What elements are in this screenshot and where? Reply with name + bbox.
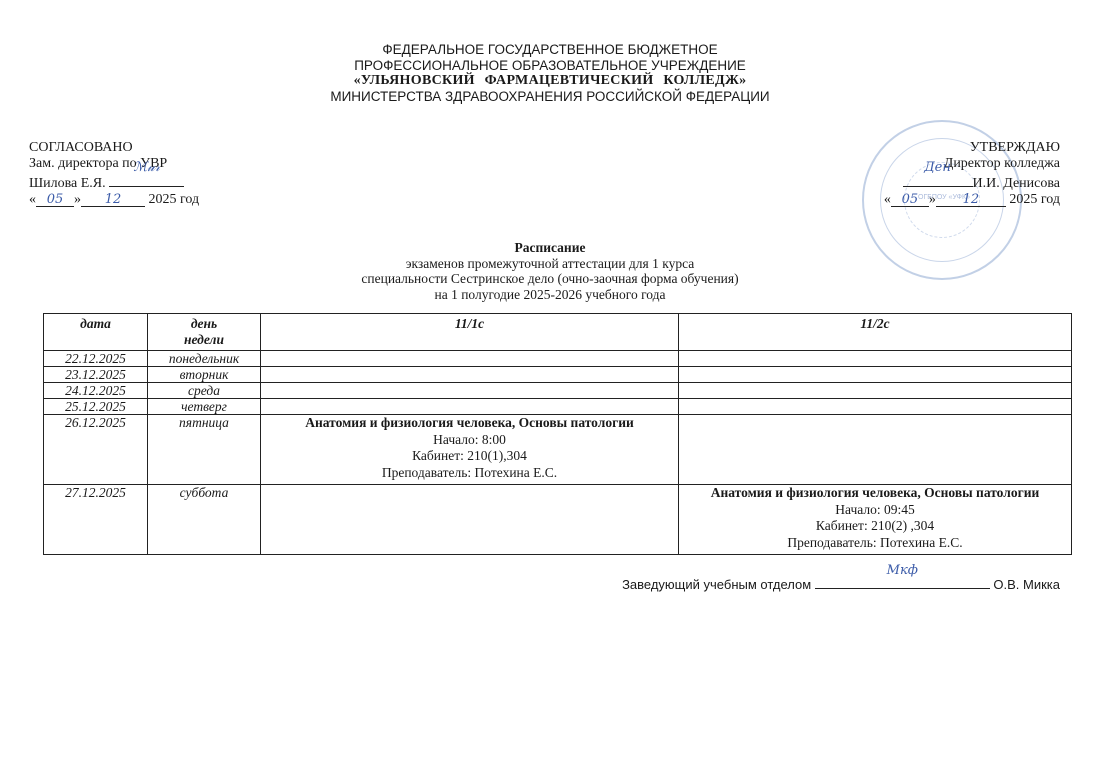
schedule-heading: Расписание: [0, 240, 1100, 256]
approved-day-field: 05: [891, 192, 929, 207]
day-cell: среда: [148, 383, 261, 399]
approved-signature-line: Ден: [903, 172, 973, 187]
group-1-cell: [261, 351, 679, 367]
approved-year: 2025 год: [1009, 192, 1060, 207]
group-2-cell: [679, 367, 1072, 383]
exam-start: Начало: 8:00: [263, 432, 676, 449]
day-cell: понедельник: [148, 351, 261, 367]
footer-signature-block: Заведующий учебным отделом Мкф О.В. Микк…: [622, 575, 1060, 592]
footer-signature: Мкф: [887, 563, 918, 578]
approved-month: 12: [963, 192, 980, 207]
approved-month-field: 12: [936, 192, 1006, 207]
table-row: 27.12.2025 суббота Анатомия и физиология…: [44, 485, 1072, 555]
agreed-signature-line: ℳ𝓊𝓇: [109, 172, 184, 187]
exam-room: Кабинет: 210(2) ,304: [681, 518, 1069, 535]
date-cell: 27.12.2025: [44, 485, 148, 555]
col-header-group-1: 11/1с: [261, 314, 679, 351]
table-row: 26.12.2025 пятница Анатомия и физиология…: [44, 415, 1072, 485]
header-line-1: ФЕДЕРАЛЬНОЕ ГОСУДАРСТВЕННОЕ БЮДЖЕТНОЕ: [0, 42, 1100, 58]
agreed-year: 2025 год: [149, 192, 200, 207]
schedule-subtitle-2: специальности Сестринское дело (очно-зао…: [0, 271, 1100, 287]
group-2-exam-cell: Анатомия и физиология человека, Основы п…: [679, 485, 1072, 555]
group-1-cell: [261, 485, 679, 555]
group-1-cell: [261, 383, 679, 399]
day-cell: пятница: [148, 415, 261, 485]
agreed-month: 12: [105, 192, 122, 207]
date-cell: 25.12.2025: [44, 399, 148, 415]
approval-approved-block: УТВЕРЖДАЮ Директор колледжа Ден И.И. Ден…: [884, 140, 1060, 208]
group-1-cell: [261, 367, 679, 383]
approved-signature: Ден: [924, 160, 951, 176]
group-2-cell: [679, 351, 1072, 367]
group-1-exam-cell: Анатомия и физиология человека, Основы п…: [261, 415, 679, 485]
table-row: 24.12.2025 среда: [44, 383, 1072, 399]
approved-position: Директор колледжа: [884, 156, 1060, 172]
exam-teacher: Преподаватель: Потехина Е.С.: [263, 465, 676, 482]
quote-close: »: [74, 192, 81, 207]
agreed-signature: ℳ𝓊𝓇: [133, 160, 160, 176]
schedule-title: Расписание экзаменов промежуточной аттес…: [0, 240, 1100, 302]
day-cell: суббота: [148, 485, 261, 555]
exam-teacher: Преподаватель: Потехина Е.С.: [681, 535, 1069, 552]
agreed-title: СОГЛАСОВАНО: [29, 140, 199, 156]
agreed-position: Зам. директора по УВР: [29, 156, 199, 172]
quote-close: »: [929, 192, 936, 207]
quote-open: «: [884, 192, 891, 207]
date-cell: 23.12.2025: [44, 367, 148, 383]
agreed-name: Шилова Е.Я.: [29, 176, 106, 191]
exam-schedule-table: дата деньнедели 11/1с 11/2с 22.12.2025 п…: [43, 313, 1072, 555]
approved-title: УТВЕРЖДАЮ: [884, 140, 1060, 156]
agreed-day-field: 05: [36, 192, 74, 207]
table-header-row: дата деньнедели 11/1с 11/2с: [44, 314, 1072, 351]
date-cell: 24.12.2025: [44, 383, 148, 399]
date-cell: 22.12.2025: [44, 351, 148, 367]
col-header-group-2: 11/2с: [679, 314, 1072, 351]
footer-signature-line: Мкф: [815, 575, 990, 589]
approved-name: И.И. Денисова: [973, 176, 1061, 191]
schedule-subtitle-1: экзаменов промежуточной аттестации для 1…: [0, 256, 1100, 272]
approval-agreed-block: СОГЛАСОВАНО Зам. директора по УВР Шилова…: [29, 140, 199, 208]
date-cell: 26.12.2025: [44, 415, 148, 485]
footer-name: О.В. Микка: [993, 577, 1060, 592]
schedule-subtitle-3: на 1 полугодие 2025-2026 учебного года: [0, 287, 1100, 303]
college-name: «УЛЬЯНОВСКИЙ ФАРМАЦЕВТИЧЕСКИЙ КОЛЛЕДЖ»: [0, 73, 1100, 89]
exam-room: Кабинет: 210(1),304: [263, 448, 676, 465]
group-1-cell: [261, 399, 679, 415]
group-2-cell: [679, 399, 1072, 415]
table-row: 23.12.2025 вторник: [44, 367, 1072, 383]
day-cell: вторник: [148, 367, 261, 383]
col-header-date: дата: [44, 314, 148, 351]
quote-open: «: [29, 192, 36, 207]
institution-header: ФЕДЕРАЛЬНОЕ ГОСУДАРСТВЕННОЕ БЮДЖЕТНОЕ ПР…: [0, 42, 1100, 104]
table-row: 25.12.2025 четверг: [44, 399, 1072, 415]
approved-day: 05: [902, 192, 919, 207]
header-line-2: ПРОФЕССИОНАЛЬНОЕ ОБРАЗОВАТЕЛЬНОЕ УЧРЕЖДЕ…: [0, 58, 1100, 74]
exam-subject: Анатомия и физиология человека, Основы п…: [263, 415, 676, 432]
day-cell: четверг: [148, 399, 261, 415]
table-row: 22.12.2025 понедельник: [44, 351, 1072, 367]
agreed-month-field: 12: [81, 192, 145, 207]
exam-start: Начало: 09:45: [681, 502, 1069, 519]
col-header-day: деньнедели: [148, 314, 261, 351]
footer-position: Заведующий учебным отделом: [622, 577, 811, 592]
group-2-cell: [679, 383, 1072, 399]
exam-subject: Анатомия и физиология человека, Основы п…: [681, 485, 1069, 502]
header-line-4: МИНИСТЕРСТВА ЗДРАВООХРАНЕНИЯ РОССИЙСКОЙ …: [0, 89, 1100, 105]
agreed-day: 05: [47, 192, 64, 207]
group-2-cell: [679, 415, 1072, 485]
